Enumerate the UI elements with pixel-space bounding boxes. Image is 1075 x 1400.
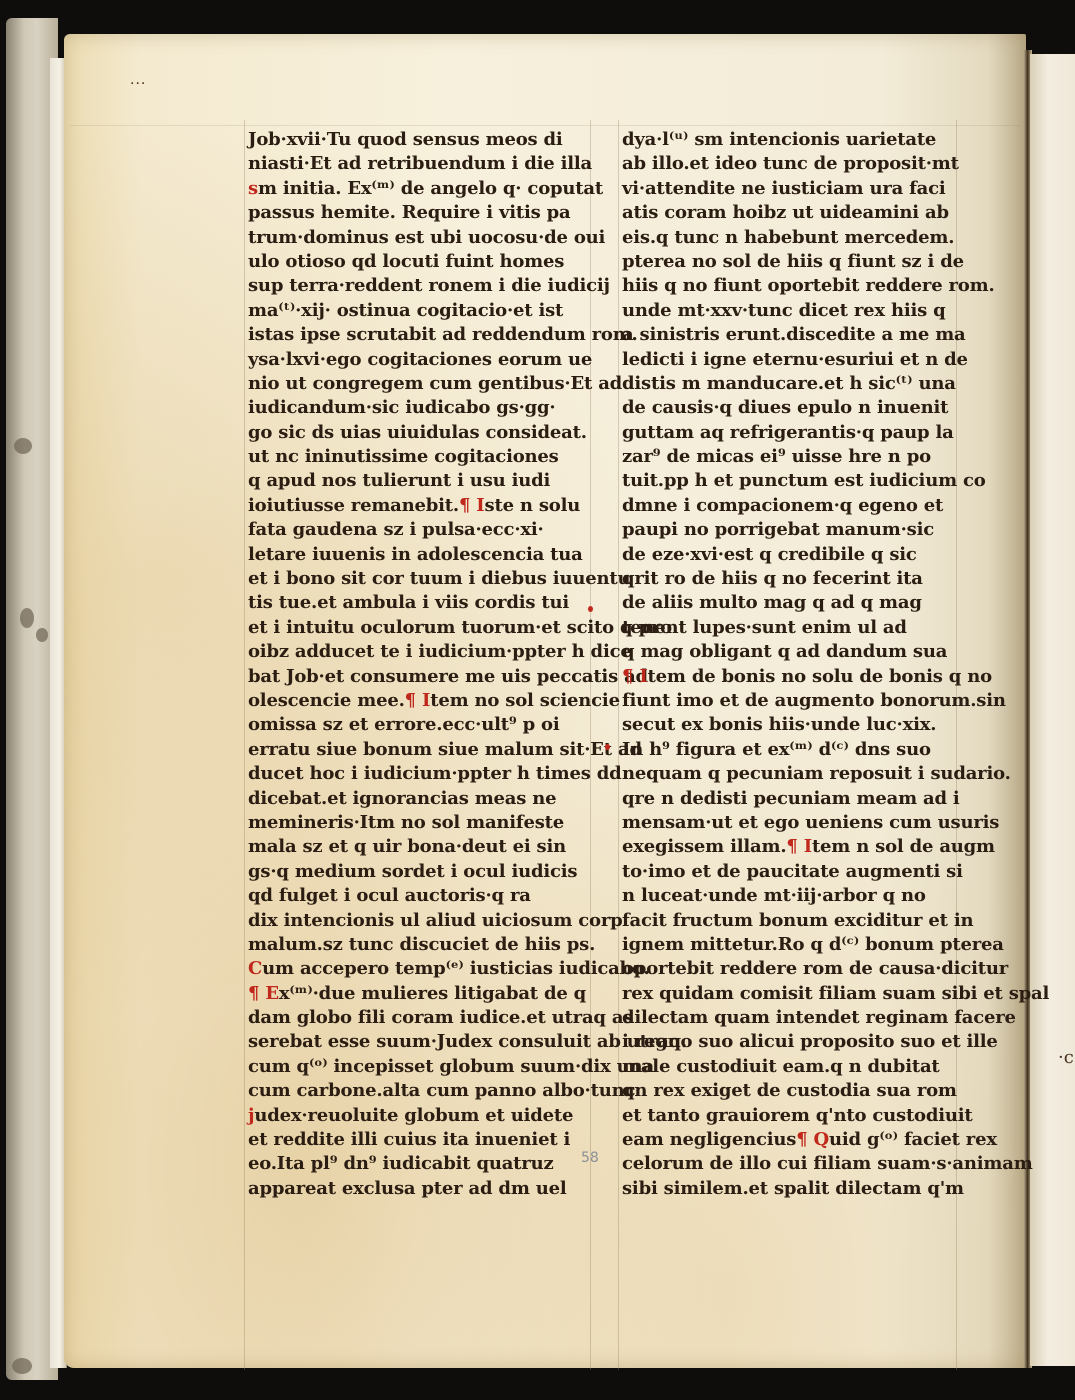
manuscript-line: sup terra·reddent ronem i die iudicij xyxy=(248,274,588,298)
manuscript-line: et i bono sit cor tuum i diebus iuuentu xyxy=(248,567,588,591)
manuscript-line: qrit ro de hiis q no fecerint ita xyxy=(622,567,962,591)
rubricated-initial: ¶ I xyxy=(405,690,431,711)
manuscript-line: dya·l⁽ᵘ⁾ sm intencionis uarietate xyxy=(622,128,962,152)
manuscript-line: In h⁹ figura et ex⁽ᵐ⁾ d⁽ᶜ⁾ dns suo xyxy=(622,738,962,762)
facing-page xyxy=(1030,54,1075,1366)
manuscript-line: fata gaudena sz i pulsa·ecc·xi· xyxy=(248,518,588,542)
manuscript-line: bat Job·et consumere me uis peccatis ad xyxy=(248,665,588,689)
manuscript-line: guttam aq refrigerantis·q paup la xyxy=(622,421,962,445)
manuscript-line: trum·dominus est ubi uocosu·de oui xyxy=(248,226,588,250)
manuscript-line: iudicandum·sic iudicabo gs·gg· xyxy=(248,396,588,420)
manuscript-line: q apud nos tulierunt i usu iudi xyxy=(248,469,588,493)
manuscript-line: de causis·q diues epulo n inuenit xyxy=(622,396,962,420)
manuscript-line: secut ex bonis hiis·unde luc·xix. xyxy=(622,713,962,737)
manuscript-line: memineris·Itm no sol manifeste xyxy=(248,811,588,835)
manuscript-line: gs·q medium sordet i ocul iudicis xyxy=(248,860,588,884)
manuscript-line: paupi no porrigebat manum·sic xyxy=(622,518,962,542)
manuscript-line: ma⁽ᵗ⁾·xij· ostinua cogitacio·et ist xyxy=(248,299,588,323)
manuscript-line: ignem mittetur.Ro q d⁽ᶜ⁾ bonum pterea xyxy=(622,933,962,957)
manuscript-line: dix intencionis ul aliud uiciosum corp xyxy=(248,909,588,933)
manuscript-line: de eze·xvi·est q credibile q sic xyxy=(622,543,962,567)
manuscript-line: ¶ Ex⁽ᵐ⁾·due mulieres litigabat de q xyxy=(248,982,588,1006)
manuscript-line: cum q⁽ᵒ⁾ incepisset globum suum·dix una xyxy=(248,1055,588,1079)
manuscript-line: tuit.pp h et punctum est iudicium co xyxy=(622,469,962,493)
manuscript-line: eam negligencius¶ Quid g⁽ᵒ⁾ faciet rex xyxy=(622,1128,962,1152)
manuscript-line: oibz adducet te i iudicium·ppter h dice xyxy=(248,640,588,664)
manuscript-line: i regno suo alicui proposito suo et ille xyxy=(622,1030,962,1054)
manuscript-line: cum carbone.alta cum panno albo·tunc xyxy=(248,1079,588,1103)
manuscript-line: ab illo.et ideo tunc de proposit·mt xyxy=(622,152,962,176)
manuscript-line: hiis q no fiunt oportebit reddere rom. xyxy=(622,274,962,298)
manuscript-line: istas ipse scrutabit ad reddendum rom. xyxy=(248,323,588,347)
manuscript-line: mala sz et q uir bona·deut ei sin xyxy=(248,835,588,859)
manuscript-line: qn rex exiget de custodia sua rom xyxy=(622,1079,962,1103)
folio-number: 58 xyxy=(581,1150,599,1166)
binding-stain xyxy=(12,1358,32,1374)
binding-stain xyxy=(36,628,48,642)
text-column-left: Job·xvii·Tu quod sensus meos diniasti·Et… xyxy=(248,128,588,1201)
manuscript-line: qd fulget i ocul auctoris·q ra xyxy=(248,884,588,908)
manuscript-line: pterea no sol de hiis q fiunt sz i de xyxy=(622,250,962,274)
manuscript-line: ducet hoc i iudicium·ppter h times dd xyxy=(248,762,588,786)
manuscript-line: letare iuuenis in adolescencia tua xyxy=(248,543,588,567)
rubricated-initial: ¶ I xyxy=(786,836,812,857)
manuscript-line: passus hemite. Require i vitis pa xyxy=(248,201,588,225)
manuscript-line: malum.sz tunc discuciet de hiis ps. xyxy=(248,933,588,957)
manuscript-line: q mag obligant q ad dandum sua xyxy=(622,640,962,664)
manuscript-line: n luceat·unde mt·iij·arbor q no xyxy=(622,884,962,908)
manuscript-line: oportebit reddere rom de causa·dicitur xyxy=(622,957,962,981)
rubricated-initial: s xyxy=(248,178,258,199)
manuscript-line: rex quidam comisit filiam suam sibi et s… xyxy=(622,982,962,1006)
manuscript-line: dmne i compacionem·q egeno et xyxy=(622,494,962,518)
binding-stain xyxy=(20,608,34,628)
manuscript-line: vi·attendite ne iusticiam ura faci xyxy=(622,177,962,201)
manuscript-line: male custodiuit eam.q n dubitat xyxy=(622,1055,962,1079)
manuscript-line: ledicti i igne eternu·esuriui et n de xyxy=(622,348,962,372)
manuscript-line: erratu siue bonum siue malum sit·Et ad xyxy=(248,738,588,762)
manuscript-line: serebat esse suum·Judex consuluit ab utr… xyxy=(248,1030,588,1054)
rubric-mark xyxy=(588,606,593,612)
manuscript-line: mensam·ut et ego ueniens cum usuris xyxy=(622,811,962,835)
binding-stain xyxy=(14,438,32,454)
manuscript-line: Job·xvii·Tu quod sensus meos di xyxy=(248,128,588,152)
manuscript-line: qre n dedisti pecuniam meam ad i xyxy=(622,787,962,811)
manuscript-line: dilectam quam intendet reginam facere xyxy=(622,1006,962,1030)
rubricated-initial: j xyxy=(248,1105,254,1126)
manuscript-line: ut nc ininutissime cogitaciones xyxy=(248,445,588,469)
manuscript-line: tis tue.et ambula i viis cordis tui xyxy=(248,591,588,615)
rubricated-initial: ¶ I xyxy=(459,495,485,516)
manuscript-line: a sinistris erunt.discedite a me ma xyxy=(622,323,962,347)
rubric-mark xyxy=(605,744,610,750)
manuscript-line: sm initia. Ex⁽ᵐ⁾ de angelo q· coputat xyxy=(248,177,588,201)
manuscript-line: et reddite illi cuius ita inueniet i xyxy=(248,1128,588,1152)
manuscript-line: niasti·Et ad retribuendum i die illa xyxy=(248,152,588,176)
manuscript-line: facit fructum bonum exciditur et in xyxy=(622,909,962,933)
manuscript-line: fiunt imo et de augmento bonorum.sin xyxy=(622,689,962,713)
manuscript-line: ioiutiusse remanebit.¶ Iste n solu xyxy=(248,494,588,518)
manuscript-line: distis m manducare.et h sic⁽ᵗ⁾ una xyxy=(622,372,962,396)
ruling-line-left xyxy=(244,120,245,1370)
manuscript-line: judex·reuoluite globum et uidete xyxy=(248,1104,588,1128)
manuscript-line: celorum de illo cui filiam suam·s·animam xyxy=(622,1152,962,1176)
manuscript-line: atis coram hoibz ut uideamini ab xyxy=(622,201,962,225)
manuscript-line: olescencie mee.¶ Item no sol sciencie xyxy=(248,689,588,713)
manuscript-line: nequam q pecuniam reposuit i sudario. xyxy=(622,762,962,786)
manuscript-line: sibi similem.et spalit dilectam q'm xyxy=(622,1177,962,1201)
manuscript-line: ysa·lxvi·ego cogitaciones eorum ue xyxy=(248,348,588,372)
manuscript-line: et tanto grauiorem q'nto custodiuit xyxy=(622,1104,962,1128)
ruling-line-top xyxy=(70,125,1020,126)
text-column-right: dya·l⁽ᵘ⁾ sm intencionis uarietateab illo… xyxy=(622,128,962,1201)
facing-page-text-fragment: ·c xyxy=(1058,1047,1074,1068)
manuscript-line: to·imo et de paucitate augmenti si xyxy=(622,860,962,884)
manuscript-line: ulo otioso qd locuti fuint homes xyxy=(248,250,588,274)
manuscript-line: dicebat.et ignorancias meas ne xyxy=(248,787,588,811)
manuscript-line: unde mt·xxv·tunc dicet rex hiis q xyxy=(622,299,962,323)
manuscript-line: nio ut congregem cum gentibus·Et ad xyxy=(248,372,588,396)
manuscript-line: eo.Ita pl⁹ dn⁹ iudicabit quatruz xyxy=(248,1152,588,1176)
manuscript-line: de aliis multo mag q ad q mag xyxy=(622,591,962,615)
manuscript-line: Cum accepero temp⁽ᵉ⁾ iusticias iudicabo. xyxy=(248,957,588,981)
manuscript-line: zar⁹ de micas ei⁹ uisse hre n po xyxy=(622,445,962,469)
manuscript-line: eis.q tunc n habebunt mercedem. xyxy=(622,226,962,250)
rubricated-initial: C xyxy=(248,958,262,979)
manuscript-line: exegissem illam.¶ Item n sol de augm xyxy=(622,835,962,859)
manuscript-line: omissa sz et errore.ecc·ult⁹ p oi xyxy=(248,713,588,737)
quire-mark: ... xyxy=(130,72,146,88)
manuscript-line: dam globo fili coram iudice.et utraq as xyxy=(248,1006,588,1030)
rubricated-initial: ¶ E xyxy=(248,983,279,1004)
rubricated-initial: ¶ I xyxy=(622,666,648,687)
manuscript-line: et i intuitu oculorum tuorum·et scito q … xyxy=(248,616,588,640)
manuscript-line: ¶ Item de bonis no solu de bonis q no xyxy=(622,665,962,689)
manuscript-line: tenent lupes·sunt enim ul ad xyxy=(622,616,962,640)
manuscript-line: appareat exclusa pter ad dm uel xyxy=(248,1177,588,1201)
manuscript-line: go sic ds uias uiuidulas consideat. xyxy=(248,421,588,445)
rubricated-initial: ¶ Q xyxy=(796,1129,829,1150)
